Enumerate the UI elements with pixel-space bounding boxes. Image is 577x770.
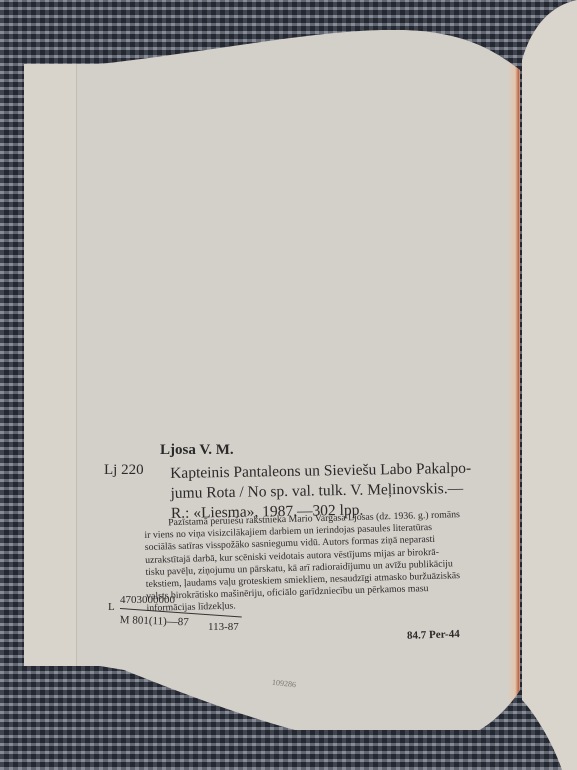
denominator-code: M 801(11)—87	[120, 614, 189, 628]
call-number: Lj 220	[104, 462, 144, 479]
numerator-code: 4703000000	[120, 594, 175, 606]
code-suffix: 113-87	[208, 621, 239, 633]
abstract-block: Pazīstamā peruiešu rakstnieka Mario Varg…	[144, 509, 462, 615]
classification-code: 84.7 Per-44	[407, 628, 460, 642]
book-page	[24, 30, 520, 730]
fraction-letter: L	[108, 601, 115, 613]
facing-page	[512, 0, 577, 770]
inner-flap	[24, 30, 77, 730]
author-name: Ljosa V. M.	[160, 442, 234, 459]
book-gutter	[508, 30, 520, 730]
